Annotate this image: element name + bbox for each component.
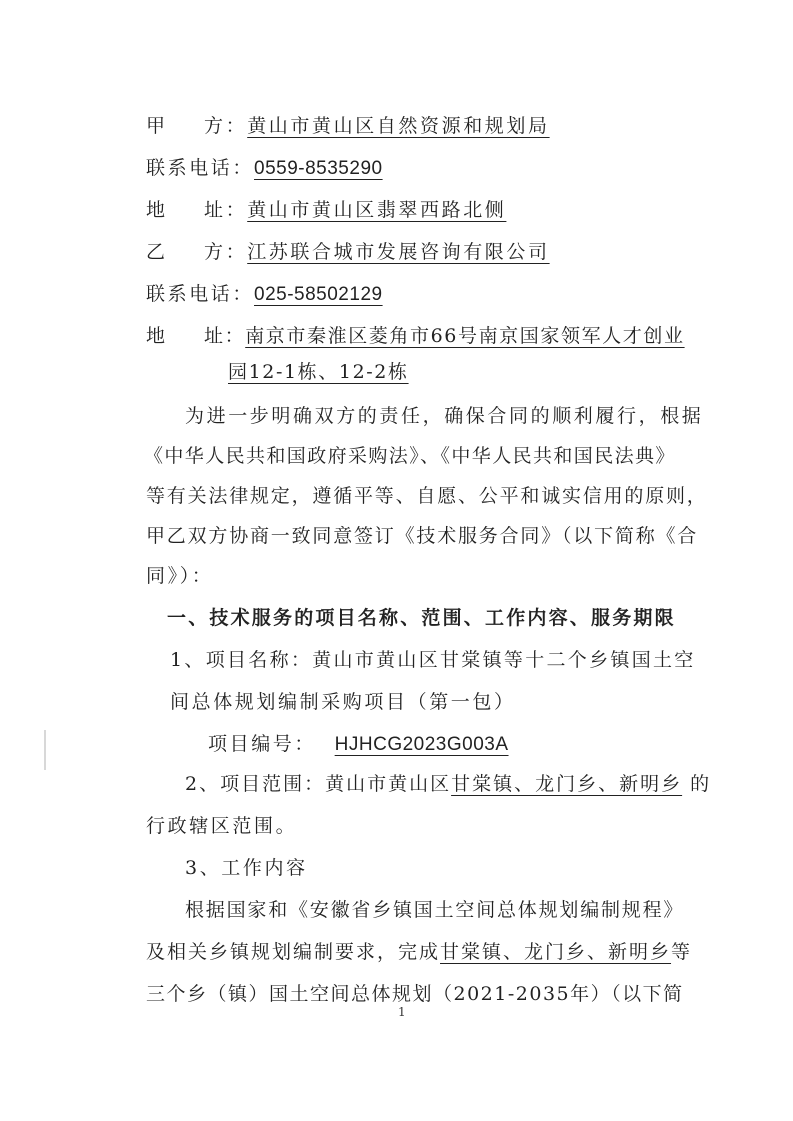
party-b-phone-row: 联系电话：025-58502129 bbox=[146, 282, 383, 307]
party-a-name-row: 甲方：黄山市黄山区自然资源和规划局 bbox=[146, 114, 550, 138]
party-b-label-suffix: 方： bbox=[204, 241, 247, 263]
project-number-label: 项目编号： bbox=[208, 733, 316, 755]
item-2-prefix: 2、项目范围：黄山市黄山区 bbox=[185, 773, 451, 795]
item-3-line-2: 及相关乡镇规划编制要求，完成甘棠镇、龙门乡、新明乡等 bbox=[146, 940, 692, 964]
party-a-label: 甲 bbox=[146, 114, 204, 138]
party-a-phone-row: 联系电话：0559-8535290 bbox=[146, 156, 383, 181]
item-2-line-2: 行政辖区范围。 bbox=[146, 814, 297, 838]
party-b-name: 江苏联合城市发展咨询有限公司 bbox=[247, 241, 549, 263]
item-3-scope: 甘棠镇、龙门乡、新明乡 bbox=[440, 941, 671, 963]
party-a-address-label-suffix: 址： bbox=[204, 199, 247, 221]
section-1-heading: 一、技术服务的项目名称、范围、工作内容、服务期限 bbox=[167, 606, 676, 630]
item-3-line-3: 三个乡（镇）国土空间总体规划（2021-2035年）（以下简 bbox=[146, 982, 684, 1006]
item-1-line-1: 1、项目名称：黄山市黄山区甘棠镇等十二个乡镇国土空 bbox=[170, 648, 696, 672]
item-1-line-2: 间总体规划编制采购项目（第一包） bbox=[170, 690, 516, 714]
document-page: 甲方：黄山市黄山区自然资源和规划局 联系电话：0559-8535290 地址：黄… bbox=[0, 0, 793, 1121]
party-a-address-row: 地址：黄山市黄山区翡翠西路北侧 bbox=[146, 198, 506, 222]
preamble-line: 等有关法律规定，遵循平等、自愿、公平和诚实信用的原则， bbox=[146, 484, 708, 508]
party-a-label-suffix: 方： bbox=[204, 115, 247, 137]
item-2-suffix: 的 bbox=[690, 773, 711, 795]
party-b-address-line1: 南京市秦淮区菱角市66号南京国家领军人才创业 bbox=[245, 325, 684, 347]
scan-artifact bbox=[44, 730, 46, 770]
item-3-line-2-prefix: 及相关乡镇规划编制要求，完成 bbox=[146, 941, 440, 963]
project-number-row: 项目编号： HJHCG2023G003A bbox=[208, 732, 509, 757]
party-a-name: 黄山市黄山区自然资源和规划局 bbox=[247, 115, 549, 137]
party-b-phone: 025-58502129 bbox=[254, 284, 383, 305]
party-a-address-label: 地 bbox=[146, 198, 204, 222]
party-b-label: 乙 bbox=[146, 240, 204, 264]
preamble-line: 《中华人民共和国政府采购法》、《中华人民共和国民法典》 bbox=[144, 444, 676, 468]
party-a-address: 黄山市黄山区翡翠西路北侧 bbox=[247, 199, 506, 221]
party-b-address-row-2: 园12-1栋、12-2栋 bbox=[228, 360, 409, 384]
party-a-phone-label: 联系电话： bbox=[146, 157, 254, 179]
party-b-address-label-suffix: 址： bbox=[204, 325, 245, 347]
item-3-line-1: 根据国家和《安徽省乡镇国土空间总体规划编制规程》 bbox=[185, 898, 684, 922]
party-b-name-row: 乙方：江苏联合城市发展咨询有限公司 bbox=[146, 240, 550, 264]
party-b-address-row: 地址：南京市秦淮区菱角市66号南京国家领军人才创业 bbox=[146, 324, 685, 348]
item-3-line-2-suffix: 等 bbox=[671, 941, 692, 963]
item-2-row: 2、项目范围：黄山市黄山区甘棠镇、龙门乡、新明乡 的 bbox=[185, 772, 711, 796]
item-2-scope: 甘棠镇、龙门乡、新明乡 bbox=[451, 773, 682, 795]
party-b-address-line2: 园12-1栋、12-2栋 bbox=[228, 361, 409, 383]
page-number: 1 bbox=[398, 1005, 406, 1019]
party-b-address-label: 地 bbox=[146, 324, 204, 348]
item-3-title: 3、工作内容 bbox=[185, 856, 308, 880]
preamble-line: 为进一步明确双方的责任，确保合同的顺利履行，根据 bbox=[185, 404, 703, 428]
preamble-line: 甲乙双方协商一致同意签订《技术服务合同》（以下简称《合 bbox=[146, 524, 698, 548]
preamble-line: 同》）： bbox=[146, 564, 213, 588]
party-a-phone: 0559-8535290 bbox=[254, 158, 383, 179]
party-b-phone-label: 联系电话： bbox=[146, 283, 254, 305]
project-number: HJHCG2023G003A bbox=[335, 734, 509, 755]
